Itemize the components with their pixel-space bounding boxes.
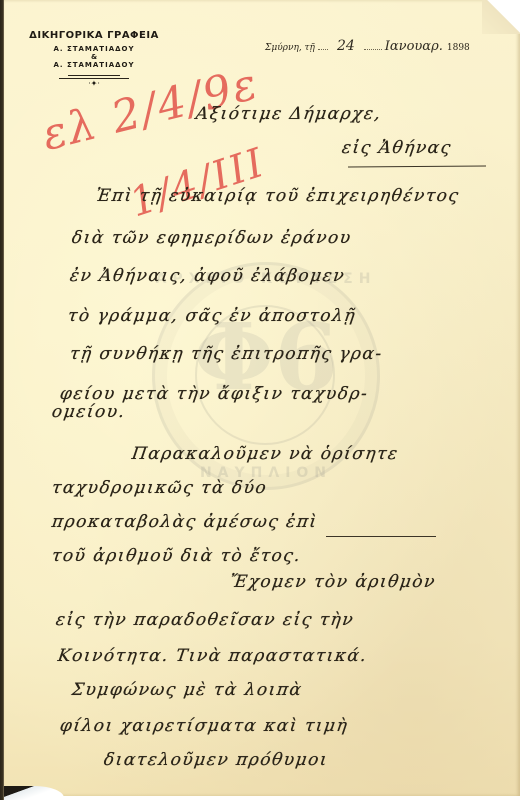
dateline: Σμύρνη, τῇ 24 Ιανουαρ. 1898	[265, 38, 495, 54]
body-line: φίλοι χαιρετίσματα καὶ τιμὴ	[59, 716, 350, 736]
body-line: Συμφώνως μὲ τὰ λοιπὰ	[71, 680, 304, 700]
body-line: διὰ τῶν εφημερίδων ἐράνου	[71, 228, 353, 248]
folded-corner	[482, 0, 520, 34]
salutation-line: Αξιότιμε Δήμαρχε,	[195, 104, 383, 124]
letterhead: ΔΙΚΗΓΟΡΙΚΑ ΓΡΑΦΕΙΑ Α. ΣΤΑΜΑΤΙΑΔΟΥ & Α. Σ…	[24, 30, 164, 89]
body-line: εἰς τὴν παραδοθεῖσαν εἰς τὴν	[55, 610, 356, 630]
dateline-month: Ιανουαρ.	[385, 39, 443, 54]
letterhead-partner-1: Α. ΣΤΑΜΑΤΙΑΔΟΥ	[24, 45, 164, 53]
body-line: τοῦ ἀριθμοῦ διὰ τὸ ἔτος.	[51, 546, 303, 566]
word-underline	[326, 536, 436, 537]
body-line: διατελοῦμεν πρόθυμοι	[103, 750, 330, 770]
dateline-place: Σμύρνη, τῇ	[265, 43, 315, 53]
body-line: ἐν Ἀθήναις, ἀφοῦ ἐλάβομεν	[69, 266, 347, 286]
dateline-dots	[364, 49, 382, 50]
dateline-dots	[318, 49, 328, 50]
body-line: τὸ γράμμα, σᾶς ἐν ἀποστολῇ	[67, 306, 358, 326]
body-line: Ἐπὶ τῇ εὐκαιρίᾳ τοῦ ἐπιχειρηθέντος	[95, 186, 461, 206]
salutation-line: εἰς Ἀθήνας	[341, 138, 454, 158]
letterhead-firm: ΔΙΚΗΓΟΡΙΚΑ ΓΡΑΦΕΙΑ	[24, 30, 164, 41]
body-line: Κοινότητα. Τινὰ παραστατικά.	[57, 646, 369, 666]
dateline-day: 24	[337, 38, 355, 54]
body-line: φείου μετὰ τὴν ἄφιξιν ταχυδρ-	[59, 384, 370, 404]
body-line: Παρακαλοῦμεν νὰ ὁρίσητε	[131, 444, 400, 464]
body-line: προκαταβολὰς ἀμέσως ἐπὶ	[51, 512, 319, 532]
letterhead-ampersand: &	[24, 53, 164, 61]
body-line: ομείου.	[51, 402, 127, 422]
body-line: ταχυδρομικῶς τὰ δύο	[51, 478, 269, 498]
letterhead-partner-2: Α. ΣΤΑΜΑΤΙΑΔΟΥ	[24, 61, 164, 69]
letterhead-rule-short	[68, 75, 120, 76]
body-line: τῇ συνθήκῃ τῆς ἐπιτροπῆς γρα-	[69, 344, 385, 364]
dateline-year: 1898	[447, 43, 470, 53]
body-line: Ἔχομεν τὸν ἀριθμὸν	[229, 572, 438, 592]
scanned-letter: ΑΡΧΕΙΟ ΚΟΡΤΕΣΗ Φ6 ΝΑΥΠΛΙΟΝ ΔΙΚΗΓΟΡΙΚΑ ΓΡ…	[0, 0, 528, 800]
